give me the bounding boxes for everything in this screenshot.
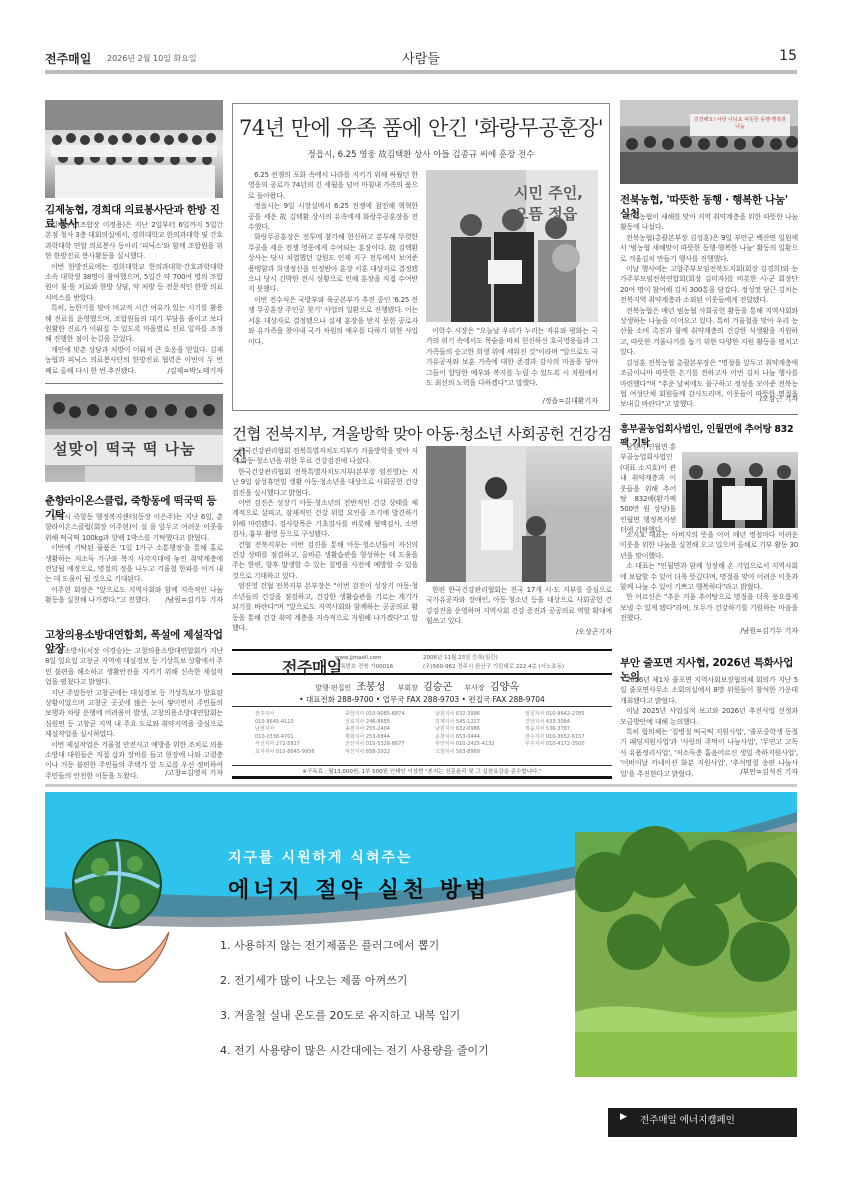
- vp-label: 부회장: [398, 684, 418, 692]
- heungbu-byline: /남원=김기두 기자: [620, 626, 798, 636]
- imprint-registration: 2006년 11월 23일 등록(일간) (우)560-962 전주시 완산구 …: [423, 654, 564, 672]
- paragraph: 소지호 대표는 아버지의 뜻을 이어 매년 명절마다 어려운 이웃을 위한 나눔…: [620, 530, 798, 561]
- paragraph: 전북농협(총괄본부장 김성훈)은 9일 부안군 백산면 일원에서 '범농협 새해…: [620, 233, 798, 264]
- bureau-entry: 효자지사 010-8645-9936: [255, 749, 345, 757]
- imprint-rule: [232, 673, 612, 675]
- bureau-entry: 송천지사 255-2404: [345, 726, 435, 734]
- paragraph: 정읍시는 9일 시장실에서 6.25 전쟁에 참전해 혁혁한 공을 세운 故 김…: [248, 201, 418, 232]
- group-photo-icon: [45, 100, 223, 198]
- president-name: 김양옥: [490, 682, 519, 693]
- jeongeup-body-col1: 6.25 전쟁의 포화 속에서 나라를 지키기 위해 싸웠던 한 영웅의 공로가…: [248, 170, 418, 347]
- imprint-phones: • 대표전화 288-9700 • 업무국 FAX 288-9703 • 편집국…: [232, 694, 612, 705]
- paragraph: 이날 2025년 사업실적 보고와 2026년 추진사업 선정과 모금방안에 대…: [620, 706, 798, 727]
- president-label: 부사장: [464, 684, 484, 692]
- paragraph: 한 어르신은 "추운 겨울 추어탕으로 명절을 더욱 풍요롭게 보낼 수 있게 …: [620, 592, 798, 623]
- bureau-entry: 전주지사: [255, 711, 345, 719]
- bureau-entry: 서신지사 272-5817: [255, 741, 345, 749]
- bureau-entry: 무주지사 010-4172-3500: [525, 741, 615, 749]
- page-number: 15: [779, 48, 797, 64]
- gimje-photo: [45, 100, 223, 198]
- bureau-entry: 고창지사 563-8989: [435, 749, 525, 757]
- publisher-label: 발행·편집인: [315, 684, 351, 692]
- health-byline: /오상곤기자: [426, 627, 612, 637]
- paragraph: 남원시 인월면 흥부골농업회사법인(대표 소지호)이 관내 취약계층과 이웃들을…: [620, 442, 676, 536]
- bureau-entry: [525, 749, 615, 757]
- registration-date: 2006년 11월 23일 등록(일간): [423, 654, 564, 663]
- paragraph: 화랑무공훈장은 전투에 참가해 헌신하고 분투해 뚜렷한 무공을 세운 전쟁 영…: [248, 232, 418, 294]
- divider: [45, 383, 223, 384]
- bureau-entry: 남원지사 632-3996: [435, 711, 525, 719]
- feature-headline: 74년 만에 유족 품에 안긴 '화랑무공훈장': [232, 112, 610, 142]
- exam-photo-icon: [426, 446, 612, 582]
- health-photo: [426, 446, 612, 582]
- page-header: 전주매일 2026년 2월 10일 화요일 사람들 15: [45, 46, 797, 70]
- paragraph: 전북농협이 새해를 맞아 지역 취약계층을 위한 따뜻한 나눔 활동에 나섰다.: [620, 212, 798, 233]
- chunhyang-photo: 설맞이 떡국 떡 나눔: [45, 394, 223, 482]
- ad-title-line1: 지구를 시원하게 식혀주는: [228, 847, 413, 867]
- jeongeup-body-col2: 이학수 시장은 "오늘날 우리가 누리는 자유와 평화는 국가의 위기 속에서도…: [426, 326, 598, 388]
- paragraph: 한편 한국건강관리협회는 전국 17개 시·도 지부를 중심으로 국가유공자와 …: [426, 585, 612, 627]
- buan-body: 2026년 제1차 줄포면 지역사회보장협의체 회의가 지난 5일 줄포면사무소…: [620, 675, 798, 779]
- tips-list: 1. 사용하지 않는 전기제품은 플러그에서 뽑기 2. 전기세가 많이 나오는…: [220, 937, 489, 1077]
- paragraph: 이학수 시장은 "오늘날 우리가 누리는 자유와 평화는 국가의 위기 속에서도…: [426, 326, 598, 388]
- paragraph: 이날 행사에는 고향주부모임전북도지회(회장 김경희)와 농가주부모임전북연합회…: [620, 264, 798, 306]
- website-link[interactable]: www.jjmaell.com: [335, 654, 393, 663]
- play-triangle-icon: ▶: [620, 1112, 630, 1122]
- paragraph: 이번에 기탁된 물품은 '1일 1가구 소통행정'을 통해 홀로 생활하는 저소…: [45, 543, 223, 585]
- ad-campaign-tag: 전주매일 에너지캠페인: [640, 1112, 735, 1126]
- publisher-name: 조봉성: [356, 682, 385, 693]
- paragraph: 고창소방서(서장 이경승)는 고창의용소방대연합회가 지난 8일 일요일 고창군…: [45, 646, 223, 688]
- paragraph: 한국건강관리협회 전북특별자치도지부(본부장 엄진영)는 지난 9일 삼성휴먼빌…: [232, 467, 418, 498]
- paragraph: 한국건강관리협회 전북특별자치도지부가 겨울방학을 맞아 지역 아동·청소년을 …: [232, 446, 418, 467]
- chunhyang-byline: /남원=김기두 기자: [45, 595, 223, 605]
- energy-campaign-ad: 지구를 시원하게 식혀주는 에너지 절약 실천 방법 1. 사용하지 않는 전기…: [45, 792, 797, 1137]
- bureau-entry: 남천지사: [255, 726, 345, 734]
- paragraph: 이번 전수식은 국방부와 육군본부가 추진 중인 '6.25 전쟁 무공훈장 주…: [248, 295, 418, 347]
- paragraph: 이번 한방진료에는 경희대학교 한의과대학·간호과학대학 소속 대학생 38명이…: [45, 262, 223, 304]
- section-title: 사람들: [45, 48, 797, 67]
- gimje-body: 김제농협(조합장 이정용)은 지난 2일부터 6일까지 5일간 본점 청사 3층…: [45, 220, 223, 376]
- heungbu-photo: [682, 452, 798, 528]
- paragraph: 소 대표는 "인월면과 함께 성장해 온 기업으로서 지역사회에 보답할 수 있…: [620, 561, 798, 592]
- bureau-entry: 익산지사 858-3922: [345, 749, 435, 757]
- paragraph: 2026년 제1차 줄포면 지역사회보장협의체 회의가 지난 5일 줄포면사무소…: [620, 675, 798, 706]
- heungbu-body-narrow: 남원시 인월면 흥부골농업회사법인(대표 소지호)이 관내 취약계층과 이웃들을…: [620, 442, 676, 536]
- tip-item: 4. 전기 사용량이 많은 시간대에는 전기 사용량을 줄이기: [220, 1042, 489, 1077]
- gimje-byline: /김제=박노태기자: [45, 366, 223, 376]
- divider: [620, 414, 798, 415]
- paragraph: 엄진영 건협 전북지부 본부장은 "이번 검진이 성장기 아동·청소년들의 건강…: [232, 581, 418, 633]
- donation-photo-icon: [682, 452, 798, 528]
- tip-item: 1. 사용하지 않는 전기제품은 플러그에서 뽑기: [220, 937, 489, 972]
- paragraph: 지난 주말동안 고창군에는 대설경보 등 기상특보가 발효된 상황이었으며 고창…: [45, 688, 223, 740]
- imprint-rule: [232, 776, 612, 779]
- address: (우)560-962 전주시 완산구 기린대로 222 4층 (서노송동): [423, 663, 564, 672]
- heungbu-body: 소지호 대표는 아버지의 뜻을 이어 매년 명절마다 어려운 이웃을 위한 나눔…: [620, 530, 798, 624]
- jeonbuk-nh-body: 전북농협이 새해를 맞아 지역 취약계층을 위한 따뜻한 나눔 활동에 나섰다.…: [620, 212, 798, 410]
- photo-banner-text: 설맞이 떡국 떡 나눔: [53, 438, 196, 459]
- gochang-body: 고창소방서(서장 이경승)는 고창의용소방대연합회가 지난 8일 일요일 고창군…: [45, 646, 223, 781]
- jeonbuk-nh-byline: /오삼근 기자: [620, 394, 798, 404]
- health-body-col2: 한편 한국건강관리협회는 전국 17개 시·도 지부를 중심으로 국가유공자와 …: [426, 585, 612, 627]
- photo-banner-text: 김장해요! 사랑 나눠요 따뜻한 동행·행복한 나눔: [692, 117, 788, 131]
- header-rule: [45, 70, 797, 74]
- paragraph: 남원시 죽항동 행정복지센터(동장 이은주)는 지난 6일, 춘향라이온스클럽(…: [45, 512, 223, 543]
- paragraph: 전북농협은 매년 범농협 사회공헌 활동을 통해 지역사회와 상생하는 나눔을 …: [620, 306, 798, 358]
- vp-name: 김승곤: [423, 682, 452, 693]
- paragraph: 6.25 전쟁의 포화 속에서 나라를 지키기 위해 싸웠던 한 영웅의 공로가…: [248, 170, 418, 201]
- imprint-logo: 전주매일: [282, 655, 342, 678]
- imprint-rule: [232, 706, 612, 707]
- group-photo-icon: [620, 100, 798, 184]
- paragraph: 건협 전북지부는 이번 검진을 통해 아동·청소년들이 자신의 건강 상태를 점…: [232, 540, 418, 582]
- registration-number: 등록번호 전북 가00016: [335, 663, 393, 672]
- imprint-url: www.jjmaell.com 등록번호 전북 가00016: [335, 654, 393, 672]
- tip-item: 2. 전기세가 많이 나오는 제품 아껴쓰기: [220, 972, 489, 1007]
- bureau-entry: 정읍지사 536-3787: [525, 726, 615, 734]
- buan-byline: /부안=김석진 기자: [620, 767, 798, 777]
- bureau-entry: 중앙지사 010-9085-6874: [345, 711, 435, 719]
- feature-subhead: 정읍시, 6.25 영웅 故김택환 상사 아들 김종규 씨에 훈장 전수: [232, 148, 610, 160]
- bureau-entry: 남원지사 632-0986: [435, 726, 525, 734]
- photo-wall-text: 시민 주인, 으뜸 정읍: [514, 182, 598, 224]
- paragraph: 특히, 농한기를 맞아 비교적 시간 여유가 있는 시기를 활용해 진료를 운영…: [45, 303, 223, 345]
- jeonbuk-nh-photo: 김장해요! 사랑 나눠요 따뜻한 동행·행복한 나눔: [620, 100, 798, 184]
- ad-title-line2: 에너지 절약 실천 방법: [228, 873, 490, 904]
- paragraph: 이번 검진은 성장기 아동·청소년의 전반적인 건강 상태를 체계적으로 살피고…: [232, 498, 418, 540]
- imprint-rule: [232, 649, 612, 651]
- chunhyang-body: 남원시 죽항동 행정복지센터(동장 이은주)는 지난 6일, 춘향라이온스클럽(…: [45, 512, 223, 606]
- imprint-rule: [232, 765, 612, 766]
- jeongeup-photo: 시민 주인, 으뜸 정읍: [426, 170, 598, 322]
- bureau-list: 전주지사 중앙지사 010-9085-6874 남원지사 632-3996 임실…: [255, 711, 615, 757]
- gochang-byline: /고창=김영식 기자: [45, 768, 223, 778]
- jeongeup-byline: /정읍=김대환기자: [426, 396, 598, 406]
- imprint-staff: 발행·편집인 조봉성 부회장 김승곤 부사장 김양옥: [232, 678, 612, 693]
- bureau-entry: 부안지사 010-2425-4132: [435, 741, 525, 749]
- bureau-entry: 임실지사 010-9642-2785: [525, 711, 615, 719]
- section-divider: [45, 784, 797, 787]
- health-body-col1: 한국건강관리협회 전북특별자치도지부가 겨울방학을 맞아 지역 아동·청소년을 …: [232, 446, 418, 633]
- tip-item: 3. 겨울철 실내 온도를 20도로 유지하고 내복 입기: [220, 1007, 489, 1042]
- imprint-footer: ※구독료 : 월13,000원, 1부 500원 인쇄인 이상현 "본지는 신문…: [232, 767, 612, 775]
- paragraph: 김제농협(조합장 이정용)은 지난 2일부터 6일까지 5일간 본점 청사 3층…: [45, 220, 223, 262]
- bureau-entry: 군산지사 010-5328-8677: [345, 741, 435, 749]
